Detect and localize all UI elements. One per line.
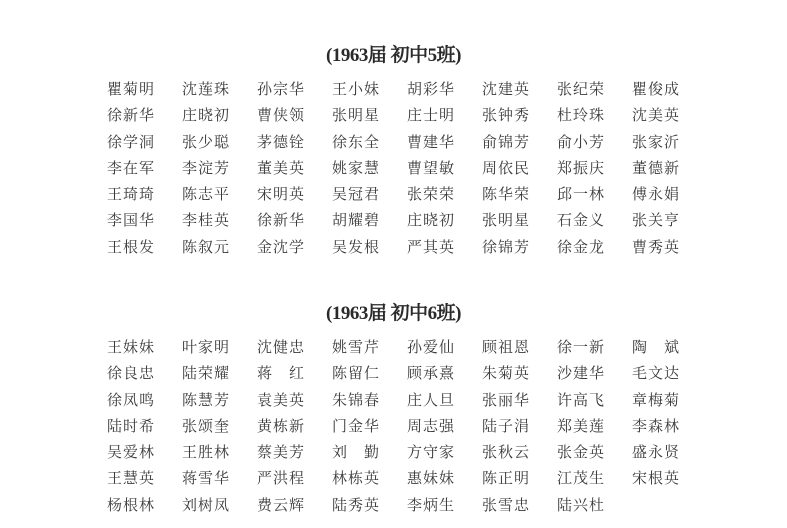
- student-name: 徐金龙: [557, 237, 632, 263]
- student-name: 李国华: [107, 210, 182, 236]
- student-name: 周依民: [482, 158, 557, 184]
- student-name: 徐一新: [557, 337, 632, 363]
- student-name: 陈叙元: [182, 237, 257, 263]
- student-name: 黄栋新: [257, 416, 332, 442]
- student-name: 董美英: [257, 158, 332, 184]
- student-name: 陈志平: [182, 184, 257, 210]
- student-name: 朱锦春: [332, 390, 407, 416]
- section-title: (1963届 初中5班): [0, 40, 787, 67]
- student-name: 张雪忠: [482, 495, 557, 521]
- student-name: 陆子涓: [482, 416, 557, 442]
- student-name: 石金义: [557, 210, 632, 236]
- student-name: 陈慧芳: [182, 390, 257, 416]
- student-name: 刘树凤: [182, 495, 257, 521]
- student-name: 张明星: [482, 210, 557, 236]
- student-name: 曹望敏: [407, 158, 482, 184]
- student-name: 孙爱仙: [407, 337, 482, 363]
- student-name: 邱一林: [557, 184, 632, 210]
- student-name: 徐新华: [257, 210, 332, 236]
- student-name: 蒋雪华: [182, 468, 257, 494]
- student-name: 张关亨: [632, 210, 707, 236]
- student-name: 门金华: [332, 416, 407, 442]
- student-name: 杨根林: [107, 495, 182, 521]
- student-name: 王小妹: [332, 79, 407, 105]
- student-name: 茅德铨: [257, 132, 332, 158]
- student-name: 宋明英: [257, 184, 332, 210]
- student-name: 严其英: [407, 237, 482, 263]
- student-name: 曹秀英: [632, 237, 707, 263]
- student-name: 李炳生: [407, 495, 482, 521]
- student-name: 毛文达: [632, 363, 707, 389]
- student-name: 徐锦芳: [482, 237, 557, 263]
- student-name: 朱菊英: [482, 363, 557, 389]
- student-name: 庄晓初: [182, 105, 257, 131]
- student-name: 徐凤鸣: [107, 390, 182, 416]
- student-name: 张丽华: [482, 390, 557, 416]
- student-name: 章梅菊: [632, 390, 707, 416]
- student-name: 方守家: [407, 442, 482, 468]
- student-name: 庄人旦: [407, 390, 482, 416]
- student-name: 顾祖恩: [482, 337, 557, 363]
- student-name: 张少聪: [182, 132, 257, 158]
- student-name: 张荣荣: [407, 184, 482, 210]
- student-name: 张颂奎: [182, 416, 257, 442]
- student-name: 王慧英: [107, 468, 182, 494]
- student-name: 王琦琦: [107, 184, 182, 210]
- student-name: 庄士明: [407, 105, 482, 131]
- student-name: 沙建华: [557, 363, 632, 389]
- student-name: 俞锦芳: [482, 132, 557, 158]
- student-name: 徐新华: [107, 105, 182, 131]
- student-name: 张金英: [557, 442, 632, 468]
- student-name: 董德新: [632, 158, 707, 184]
- student-name: 袁美英: [257, 390, 332, 416]
- student-name: 沈莲珠: [182, 79, 257, 105]
- student-name: 瞿俊成: [632, 79, 707, 105]
- student-name: 沈建英: [482, 79, 557, 105]
- student-name: 费云辉: [257, 495, 332, 521]
- student-name: 胡彩华: [407, 79, 482, 105]
- student-name: 叶家明: [182, 337, 257, 363]
- name-grid: 王妹妹叶家明沈健忠姚雪芹孙爱仙顾祖恩徐一新陶 斌徐良忠陆荣耀蒋 红陈留仁顾承熹朱…: [107, 337, 707, 521]
- student-name: 顾承熹: [407, 363, 482, 389]
- student-name: 胡耀碧: [332, 210, 407, 236]
- student-name: 周志强: [407, 416, 482, 442]
- student-name: 徐东全: [332, 132, 407, 158]
- section-title: (1963届 初中6班): [0, 298, 787, 325]
- student-name: 曹建华: [407, 132, 482, 158]
- student-name: 李淀芳: [182, 158, 257, 184]
- student-name: 陶 斌: [632, 337, 707, 363]
- student-name: 吴爱林: [107, 442, 182, 468]
- student-name: 瞿菊明: [107, 79, 182, 105]
- student-name: 刘 勤: [332, 442, 407, 468]
- student-name: 王妹妹: [107, 337, 182, 363]
- student-name: 张明星: [332, 105, 407, 131]
- student-name: 姚雪芹: [332, 337, 407, 363]
- student-name: 李在军: [107, 158, 182, 184]
- student-name: 蒋 红: [257, 363, 332, 389]
- student-name: 王根发: [107, 237, 182, 263]
- student-name: 郑美莲: [557, 416, 632, 442]
- student-name: 姚家慧: [332, 158, 407, 184]
- student-name: 郑振庆: [557, 158, 632, 184]
- student-name: 曹侠领: [257, 105, 332, 131]
- name-grid: 瞿菊明沈莲珠孙宗华王小妹胡彩华沈建英张纪荣瞿俊成徐新华庄晓初曹侠领张明星庄士明张…: [107, 79, 707, 263]
- student-name: 陆兴杜: [557, 495, 632, 521]
- student-name: 庄晓初: [407, 210, 482, 236]
- student-name: 吴冠君: [332, 184, 407, 210]
- student-name: 陆荣耀: [182, 363, 257, 389]
- student-name: 李森林: [632, 416, 707, 442]
- student-name: 王胜林: [182, 442, 257, 468]
- student-name: 孙宗华: [257, 79, 332, 105]
- student-name: 张家沂: [632, 132, 707, 158]
- student-name: 林栋英: [332, 468, 407, 494]
- student-name: 江茂生: [557, 468, 632, 494]
- student-name: 严洪程: [257, 468, 332, 494]
- student-name: 金沈学: [257, 237, 332, 263]
- student-name: 张纪荣: [557, 79, 632, 105]
- student-name: 吴发根: [332, 237, 407, 263]
- student-name: 徐良忠: [107, 363, 182, 389]
- student-name: 李桂英: [182, 210, 257, 236]
- student-name: 杜玲珠: [557, 105, 632, 131]
- student-name: 徐学洞: [107, 132, 182, 158]
- student-name: 蔡美芳: [257, 442, 332, 468]
- student-name: 俞小芳: [557, 132, 632, 158]
- student-name: 惠妹妹: [407, 468, 482, 494]
- student-name: 陈留仁: [332, 363, 407, 389]
- student-name: 傅永娟: [632, 184, 707, 210]
- student-name: 张钟秀: [482, 105, 557, 131]
- student-name: 陆时希: [107, 416, 182, 442]
- student-name: 宋根英: [632, 468, 707, 494]
- student-name: 陈正明: [482, 468, 557, 494]
- student-name: 许高飞: [557, 390, 632, 416]
- student-name: 沈美英: [632, 105, 707, 131]
- student-name: 张秋云: [482, 442, 557, 468]
- student-name: 沈健忠: [257, 337, 332, 363]
- student-name: 陆秀英: [332, 495, 407, 521]
- student-name: 盛永贤: [632, 442, 707, 468]
- student-name: 陈华荣: [482, 184, 557, 210]
